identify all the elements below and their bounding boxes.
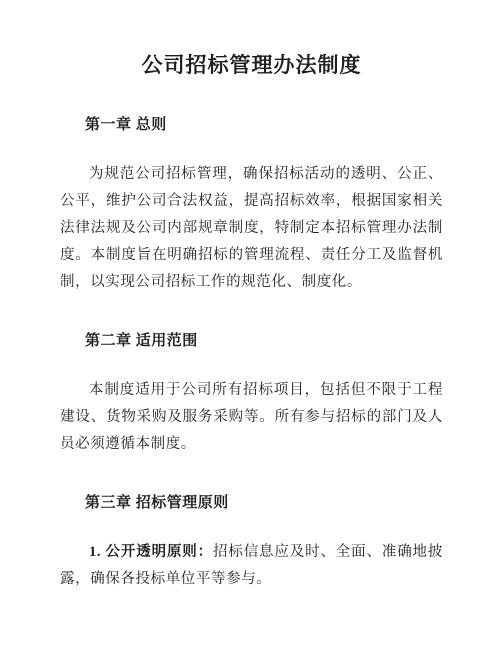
paragraph-chapter-1: 为规范公司招标管理，确保招标活动的透明、公正、公平，维护公司合法权益，提高招标效…: [60, 161, 443, 296]
section-heading-chapter-3: 第三章 招标管理原则: [60, 494, 443, 513]
paragraph-chapter-3-principle-1: 1. 公开透明原则：招标信息应及时、全面、准确地披露，确保各投标单位平等参与。: [60, 539, 443, 593]
section-heading-chapter-1: 第一章 总则: [60, 116, 443, 135]
paragraph-text: 本制度适用于公司所有招标项目，包括但不限于工程建设、货物采购及服务采购等。所有参…: [60, 382, 443, 452]
section-scope-of-application: 第二章 适用范围 本制度适用于公司所有招标项目，包括但不限于工程建设、货物采购及…: [60, 332, 443, 458]
document-page: 公司招标管理办法制度 第一章 总则 为规范公司招标管理，确保招标活动的透明、公正…: [0, 0, 500, 647]
paragraph-text: 为规范公司招标管理，确保招标活动的透明、公正、公平，维护公司合法权益，提高招标效…: [60, 166, 443, 290]
paragraph-bold-prefix: 1. 公开透明原则：: [89, 544, 213, 560]
section-heading-chapter-2: 第二章 适用范围: [60, 332, 443, 351]
paragraph-chapter-2: 本制度适用于公司所有招标项目，包括但不限于工程建设、货物采购及服务采购等。所有参…: [60, 377, 443, 458]
section-general-provisions: 第一章 总则 为规范公司招标管理，确保招标活动的透明、公正、公平，维护公司合法权…: [60, 116, 443, 296]
section-bidding-principles: 第三章 招标管理原则 1. 公开透明原则：招标信息应及时、全面、准确地披露，确保…: [60, 494, 443, 593]
document-title: 公司招标管理办法制度: [60, 0, 443, 80]
